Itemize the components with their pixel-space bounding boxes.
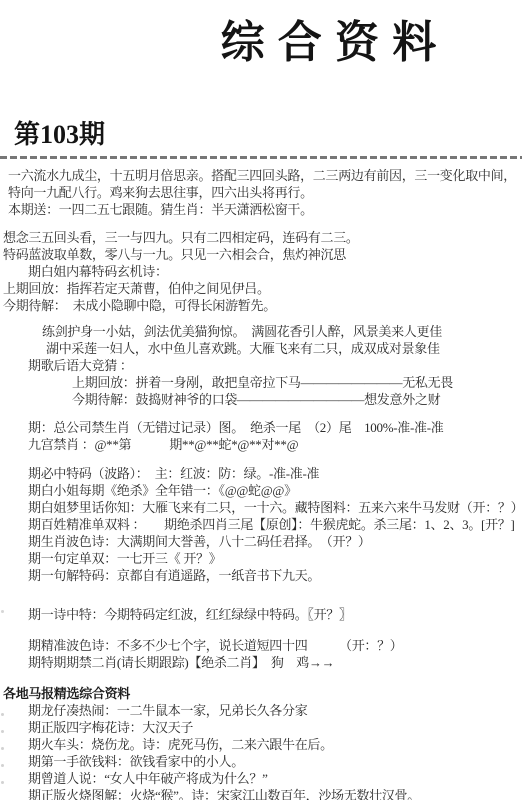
- tip-line: 期生肖波色诗：大满期间大誉善，八十二码任君择。 （开？）: [28, 533, 522, 550]
- issue-number: 第103期: [14, 114, 522, 151]
- tip-line: 期精准波色诗：不多不少七个字，说长道短四十四 （开：？）: [28, 637, 522, 654]
- tip-line: 上期回放：指挥若定天萧曹，伯仲之间见伊吕。: [3, 280, 522, 297]
- tip-line: 期曾道人说：“女人中年破产将成为什么？”: [28, 770, 522, 787]
- tip-line: 期必中特码（波路）： 主：红波：防：绿。-准-准-准: [28, 465, 522, 482]
- tip-line: 期火车头：烧伤龙。诗：虎死马伤，二来六跟牛在后。: [28, 736, 522, 753]
- tip-line: 期一句定单双：一七开三《 开？》: [28, 550, 522, 567]
- tip-line: 期一诗中特：今期特码定红波，红红绿绿中特码。〖开？〗: [28, 606, 522, 623]
- tip-line: 九宫禁肖 ：@**第 期**@**蛇*@**对**@: [28, 436, 522, 453]
- section-heading-line: 期白姐内幕特码玄机诗：: [28, 263, 522, 280]
- tip-line: 期：总公司禁生肖（无错过记录）图。 绝杀一尾 （2）尾 100%-准-准-准: [28, 419, 522, 436]
- document-page: 综合资料 第103期 一六流水九成尘，十五明月倍思亲。搭配三四回头路，二三两边有…: [0, 0, 522, 800]
- tip-line: 期第一手欲钱料：欲钱看家中的小人。: [28, 753, 522, 770]
- scan-artifact-dots: [1, 610, 4, 613]
- document-body: 一六流水九成尘，十五明月倍思亲。搭配三四回头路，二三两边有前因，三一变化取中间，…: [0, 167, 522, 800]
- tip-line: 期百姓精准单双料 ： 期绝杀四肖三尾【原创】：牛猴虎蛇。杀三尾：1、2、3。[开…: [28, 516, 522, 533]
- section-heading-line: 各地马报精选综合资料: [3, 685, 522, 702]
- tip-line: 期特期期禁二肖(请长期跟踪)【绝杀二肖】 狗 鸡→→: [28, 654, 522, 671]
- poem-line: 一六流水九成尘，十五明月倍思亲。搭配三四回头路，二三两边有前因，三一变化取中间，: [8, 167, 522, 184]
- tip-line: 期一句解特码：京都自有逍遥路，一纸音书下九天。: [28, 567, 522, 584]
- tip-line: 期白小姐每期《绝杀》全年错一：《@@蛇@@》: [28, 482, 522, 499]
- tip-line: 期龙仔凑热闹：一二牛鼠本一家，兄弟长久各分家: [28, 702, 522, 719]
- tip-line: 期正版火烧图解：火烧“猴”。诗：宋家江山数百年，沙场无数壮汉骨。: [28, 787, 522, 800]
- page-title: 综合资料: [0, 6, 522, 70]
- tip-line: 今期待解：鼓捣财神爷的口袋——————————想发意外之财: [72, 391, 522, 408]
- poem-line: 本期送：一四二五七跟随。猜生肖：半天潇洒松窗干。: [8, 201, 522, 218]
- poem-line: 练剑护身一小姑，剑法优美猫狗惊。 满圆花香引人醉，风景美来人更佳: [42, 323, 522, 340]
- poem-line: 想念三五回头看，三一与四九。只有二四相定码，连码有二三。: [3, 229, 522, 246]
- poem-line: 湖中采莲一妇人，水中鱼儿喜欢跳。大雁飞来有二只，成双成对景象佳: [46, 340, 522, 357]
- section-heading-line: 期歌后语大竞猜 ：: [28, 357, 522, 374]
- poem-line: 特向一九配八行。鸡来狗去思往事，四六出头将再行。: [8, 184, 522, 201]
- tip-line: 上期回放：拼着一身剐，敢把皇帝拉下马————————无私无畏: [72, 374, 522, 391]
- tip-line: 期正版四字梅花诗：大汉天子: [28, 719, 522, 736]
- poem-line: 特码蓝波取单数，零八与一九。只见一六相会合，焦灼神沉思: [3, 246, 522, 263]
- tip-line: 今期待解： 未成小隐聊中隐，可得长闲游暂先。: [3, 297, 522, 314]
- dashed-divider: [0, 156, 522, 159]
- tip-line: 期白姐梦里话你知：大雁飞来有二只，一十六。藏特图料：五来六来牛马发财（开：？）: [28, 499, 522, 516]
